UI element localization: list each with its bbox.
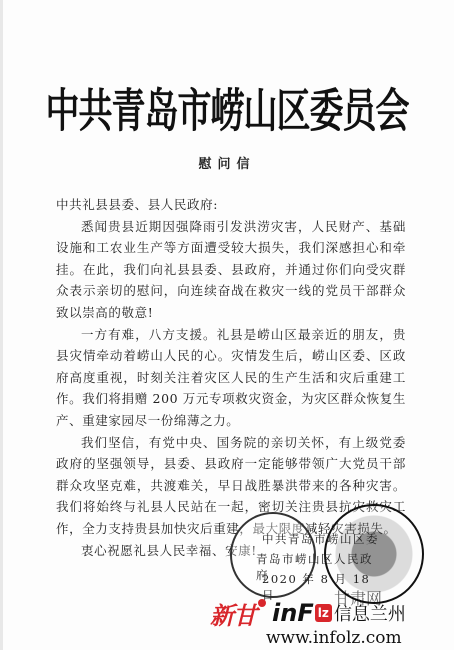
letter-title: 慰问信 bbox=[0, 153, 454, 172]
signature-party-committee: 中共青岛市崂山区委 bbox=[262, 531, 382, 547]
watermark-red-brand: 新甘 bbox=[210, 596, 256, 631]
lz-badge-icon: lz bbox=[315, 604, 332, 622]
watermark-brand-cn: 信息兰州 bbox=[334, 600, 406, 626]
watermark-logo: 新甘 inF lz 信息兰州 bbox=[210, 596, 406, 630]
letterhead: 中共青岛市崂山区委员会 bbox=[0, 74, 454, 140]
salutation: 中共礼县县委、县人民政府: bbox=[56, 194, 406, 216]
paragraph: 悉闻贵县近期因强降雨引发洪涝灾害，人民财产、基础设施和工农业生产等方面遭受较大损… bbox=[56, 216, 406, 324]
infolz-logo-text: inF bbox=[272, 599, 314, 627]
watermark-url: www.infolz.com bbox=[266, 628, 402, 648]
letter-page: 中共青岛市崂山区委员会 慰问信 中共礼县县委、县人民政府: 悉闻贵县近期因强降雨… bbox=[0, 0, 454, 650]
paragraph: 一方有难，八方支援。礼县是崂山区最亲近的朋友，贵县灾情牵动着崂山人民的心。灾情发… bbox=[56, 324, 406, 432]
letter-body: 中共礼县县委、县人民政府: 悉闻贵县近期因强降雨引发洪涝灾害，人民财产、基础设施… bbox=[56, 194, 406, 561]
red-dot-icon bbox=[258, 599, 266, 607]
